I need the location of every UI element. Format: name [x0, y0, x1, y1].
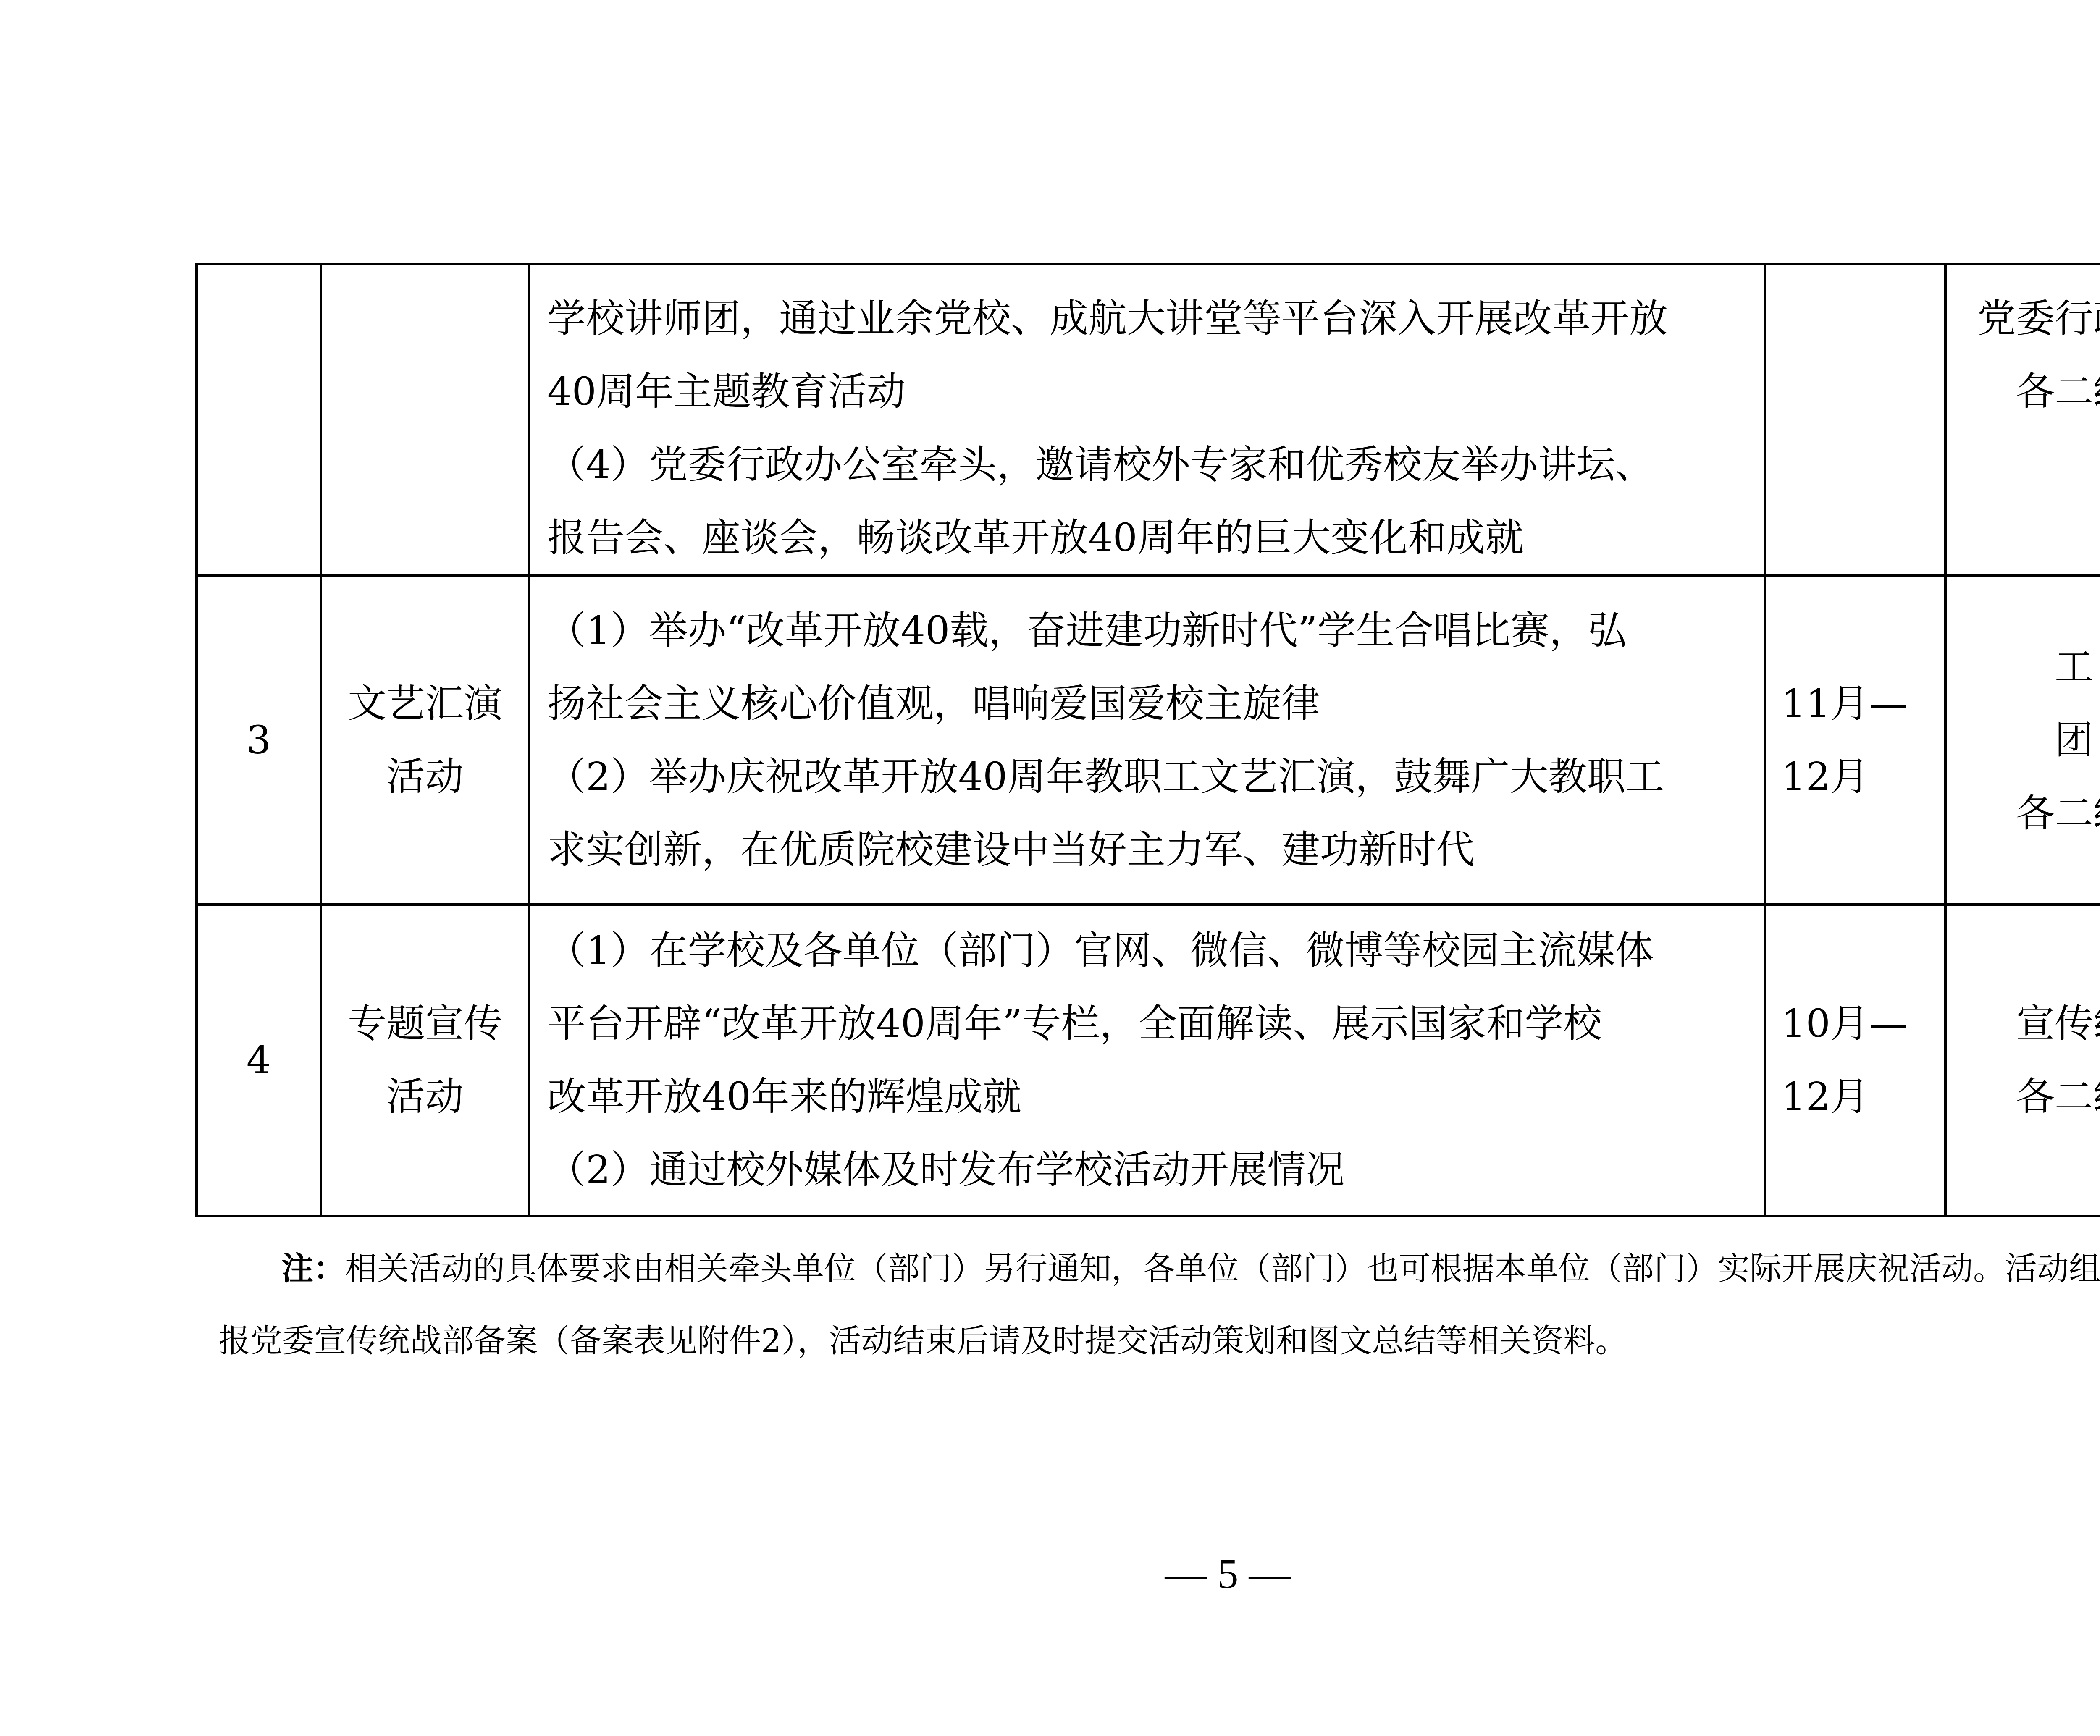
responsible-unit: 工 会 — [1947, 631, 2100, 704]
table-row: 4 专题宣传 活动 （1）在学校及各单位（部门）官网、微信、微博等校园主流媒体 … — [197, 905, 2100, 1216]
content-line: （2）举办庆祝改革开放40周年教职工文艺汇演，鼓舞广大教职工 — [547, 740, 1751, 813]
responsible-unit: 党委行政办公室 — [1947, 282, 2100, 355]
responsible-unit: 团 委 — [1947, 704, 2100, 777]
table-row: 学校讲师团，通过业余党校、成航大讲堂等平台深入开展改革开放 40周年主题教育活动… — [197, 264, 2100, 576]
activity-content: 学校讲师团，通过业余党校、成航大讲堂等平台深入开展改革开放 40周年主题教育活动… — [529, 264, 1765, 576]
responsible-unit: 各二级学院 — [1947, 777, 2100, 850]
activity-content: （1）举办“改革开放40载，奋进建功新时代”学生合唱比赛，弘 扬社会主义核心价值… — [529, 576, 1765, 905]
content-line: （1）举办“改革开放40载，奋进建功新时代”学生合唱比赛，弘 — [547, 594, 1751, 667]
responsible-unit: 宣传统战部 — [1947, 987, 2100, 1060]
content-line: 报告会、座谈会，畅谈改革开放40周年的巨大变化和成就 — [547, 501, 1751, 574]
time-line: 12月 — [1781, 1060, 1944, 1133]
activity-name — [321, 264, 529, 576]
responsible-units: 党委行政办公室 各二级学院 — [1945, 264, 2100, 576]
activity-time: 11月— 12月 — [1765, 576, 1945, 905]
activity-time — [1765, 264, 1945, 576]
content-line: 40周年主题教育活动 — [547, 355, 1751, 428]
activity-name-line: 活动 — [322, 1060, 528, 1133]
responsible-unit: 各二级学院 — [1947, 355, 2100, 428]
responsible-units: 宣传统战部 各二级学院 — [1945, 905, 2100, 1216]
content-line: 平台开辟“改革开放40周年”专栏，全面解读、展示国家和学校 — [547, 987, 1751, 1060]
row-number: 3 — [197, 576, 321, 905]
time-line: 10月— — [1781, 987, 1944, 1060]
row-number — [197, 264, 321, 576]
content-line: （1）在学校及各单位（部门）官网、微信、微博等校园主流媒体 — [547, 914, 1751, 987]
activity-name-line: 专题宣传 — [322, 987, 528, 1060]
responsible-units: 工 会 团 委 各二级学院 — [1945, 576, 2100, 905]
activity-name-line: 活动 — [322, 740, 528, 813]
content-line: （2）通过校外媒体及时发布学校活动开展情况 — [547, 1133, 1751, 1206]
note-text: 相关活动的具体要求由相关牵头单位（部门）另行通知，各单位（部门）也可根据本单位（… — [218, 1250, 2100, 1359]
content-line: 学校讲师团，通过业余党校、成航大讲堂等平台深入开展改革开放 — [547, 282, 1751, 355]
table-row: 3 文艺汇演 活动 （1）举办“改革开放40载，奋进建功新时代”学生合唱比赛，弘… — [197, 576, 2100, 905]
activity-name-line: 文艺汇演 — [322, 667, 528, 740]
page-number: — 5 — — [0, 1550, 2100, 1598]
activity-content: （1）在学校及各单位（部门）官网、微信、微博等校园主流媒体 平台开辟“改革开放4… — [529, 905, 1765, 1216]
note-label: 注： — [281, 1250, 345, 1287]
content-line: 扬社会主义核心价值观，唱响爱国爱校主旋律 — [547, 667, 1751, 740]
row-number: 4 — [197, 905, 321, 1216]
content-line: （4）党委行政办公室牵头，邀请校外专家和优秀校友举办讲坛、 — [547, 428, 1751, 501]
activity-name: 专题宣传 活动 — [321, 905, 529, 1216]
content-line: 改革开放40年来的辉煌成就 — [547, 1060, 1751, 1133]
content-line: 求实创新，在优质院校建设中当好主力军、建功新时代 — [547, 813, 1751, 886]
activity-time: 10月— 12月 — [1765, 905, 1945, 1216]
activity-table: 学校讲师团，通过业余党校、成航大讲堂等平台深入开展改革开放 40周年主题教育活动… — [195, 263, 2100, 1217]
activity-name: 文艺汇演 活动 — [321, 576, 529, 905]
responsible-unit: 各二级学院 — [1947, 1060, 2100, 1133]
time-line: 11月— — [1781, 667, 1944, 740]
time-line: 12月 — [1781, 740, 1944, 813]
footnote: 注：相关活动的具体要求由相关牵头单位（部门）另行通知，各单位（部门）也可根据本单… — [218, 1233, 2100, 1377]
